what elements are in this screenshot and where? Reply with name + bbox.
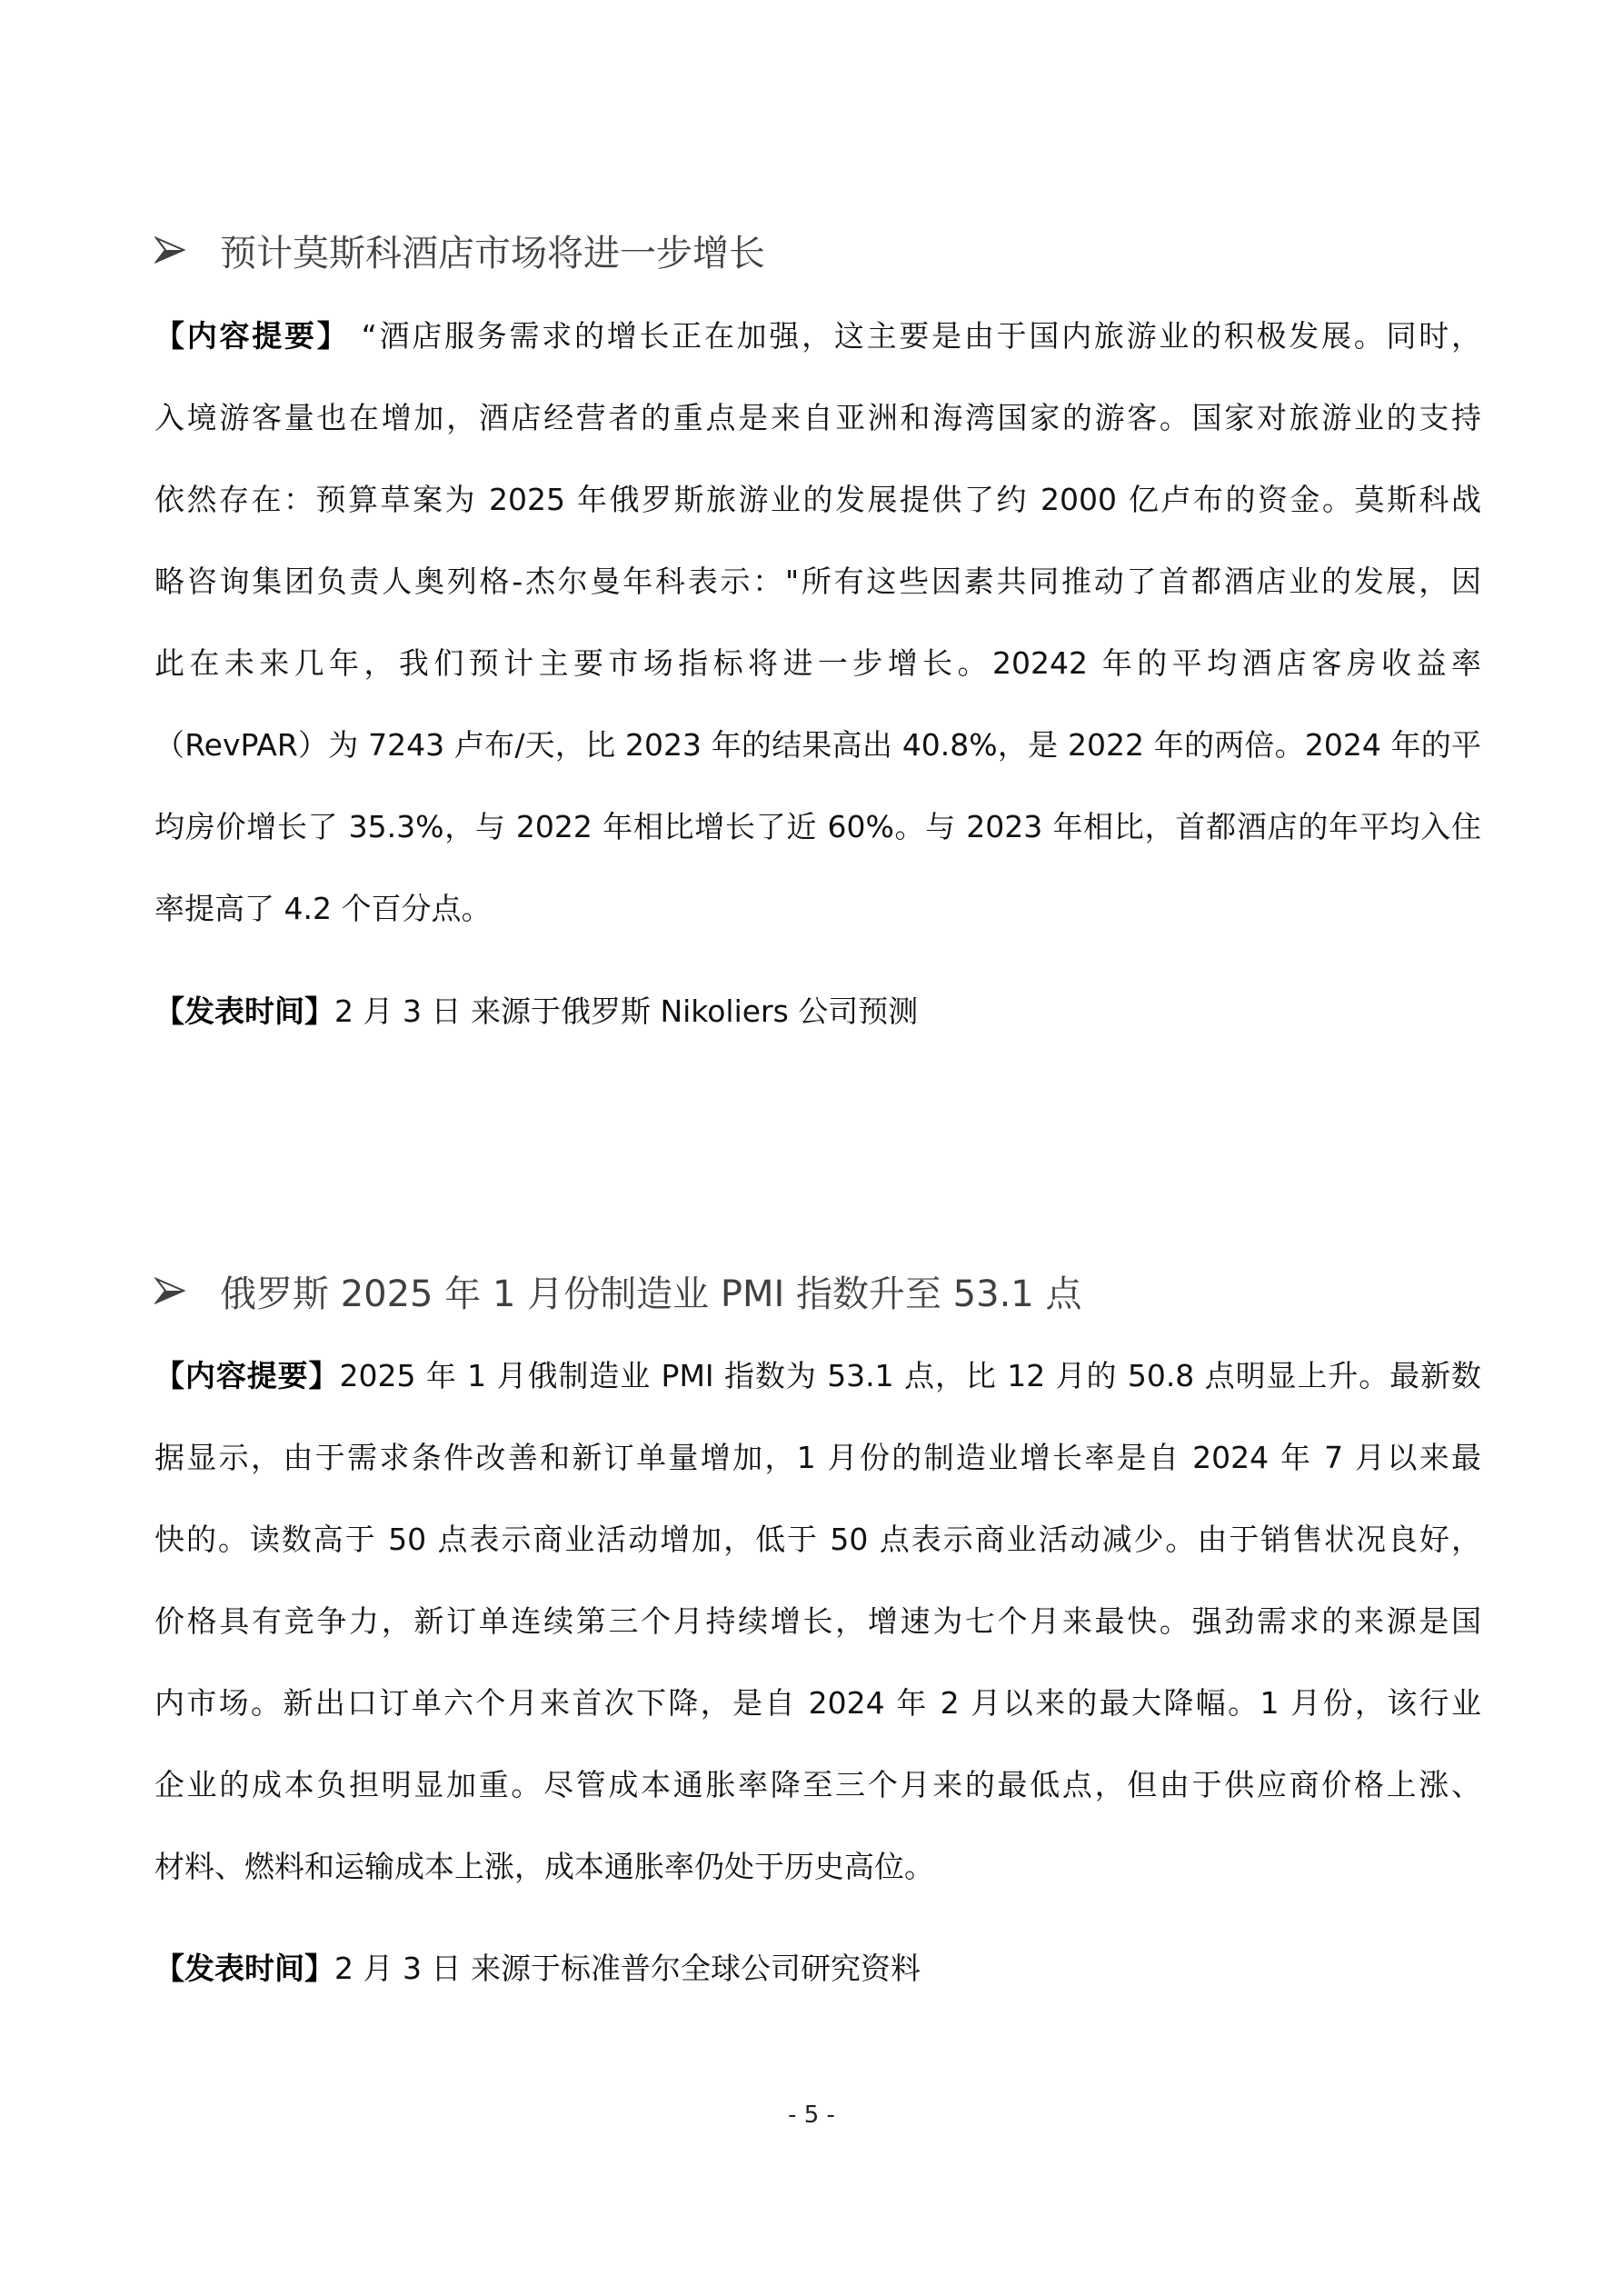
published-label: 【发表时间】	[154, 1951, 334, 1986]
article-1-summary-line-4: 略咨询集团负责人奥列格-杰尔曼年科表示："所有这些因素共同推动了首都酒店业的发展…	[154, 561, 1481, 603]
article-2-summary-line-1: 【内容提要】2025 年 1 月俄制造业 PMI 指数为 53.1 点，比 12…	[154, 1355, 1481, 1397]
article-1-summary-line-3: 依然存在：预算草案为 2025 年俄罗斯旅游业的发展提供了约 2000 亿卢布的…	[154, 479, 1481, 521]
article-2-title: 俄罗斯 2025 年 1 月份制造业 PMI 指数升至 53.1 点	[220, 1265, 1081, 1317]
article-1-published: 【发表时间】2 月 3 日 来源于俄罗斯 Nikoliers 公司预测	[154, 991, 1481, 1033]
article-2-summary-line-3: 快的。读数高于 50 点表示商业活动增加，低于 50 点表示商业活动减少。由于销…	[154, 1519, 1481, 1561]
summary-label: 【内容提要】	[154, 1358, 339, 1393]
article-1-summary-line-1: 【内容提要】 “酒店服务需求的增长正在加强，这主要是由于国内旅游业的积极发展。同…	[154, 315, 1481, 357]
article-2-summary-line-7: 材料、燃料和运输成本上涨，成本通胀率仍处于历史高位。	[154, 1846, 1481, 1888]
article-1-summary-line-6: （RevPAR）为 7243 卢布/天，比 2023 年的结果高出 40.8%，…	[154, 724, 1481, 766]
article-1-title: 预计莫斯科酒店市场将进一步增长	[220, 225, 765, 276]
article-2-summary-line-5: 内市场。新出口订单六个月来首次下降，是自 2024 年 2 月以来的最大降幅。1…	[154, 1682, 1481, 1724]
summary-label: 【内容提要】	[154, 318, 349, 354]
published-text: 2 月 3 日 来源于标准普尔全球公司研究资料	[334, 1951, 921, 1986]
article-2-summary-line-2: 据显示，由于需求条件改善和新订单量增加，1 月份的制造业增长率是自 2024 年…	[154, 1437, 1481, 1479]
published-text: 2 月 3 日 来源于俄罗斯 Nikoliers 公司预测	[334, 993, 918, 1029]
arrowhead-bullet-icon	[154, 236, 185, 264]
published-label: 【发表时间】	[154, 993, 334, 1029]
page-number: - 5 -	[0, 2101, 1623, 2129]
article-1-summary-line-7: 均房价增长了 35.3%，与 2022 年相比增长了近 60%。与 2023 年…	[154, 806, 1481, 848]
article-2-heading: 俄罗斯 2025 年 1 月份制造业 PMI 指数升至 53.1 点	[154, 1263, 1081, 1318]
article-1-summary-line-8: 率提高了 4.2 个百分点。	[154, 888, 1481, 930]
article-1-heading: 预计莫斯科酒店市场将进一步增长	[154, 223, 765, 277]
arrowhead-bullet-icon	[154, 1277, 185, 1304]
article-2-summary-line-4: 价格具有竞争力，新订单连续第三个月持续增长，增速为七个月来最快。强劲需求的来源是…	[154, 1601, 1481, 1642]
document-page: 预计莫斯科酒店市场将进一步增长 【内容提要】 “酒店服务需求的增长正在加强，这主…	[0, 0, 1623, 2296]
article-1-summary-line-2: 入境游客量也在增加，酒店经营者的重点是来自亚洲和海湾国家的游客。国家对旅游业的支…	[154, 397, 1481, 439]
article-1-summary-line-5: 此在未来几年，我们预计主要市场指标将进一步增长。20242 年的平均酒店客房收益…	[154, 643, 1481, 684]
article-2-summary-line-6: 企业的成本负担明显加重。尽管成本通胀率降至三个月来的最低点，但由于供应商价格上涨…	[154, 1764, 1481, 1806]
article-2-published: 【发表时间】2 月 3 日 来源于标准普尔全球公司研究资料	[154, 1948, 1481, 1990]
